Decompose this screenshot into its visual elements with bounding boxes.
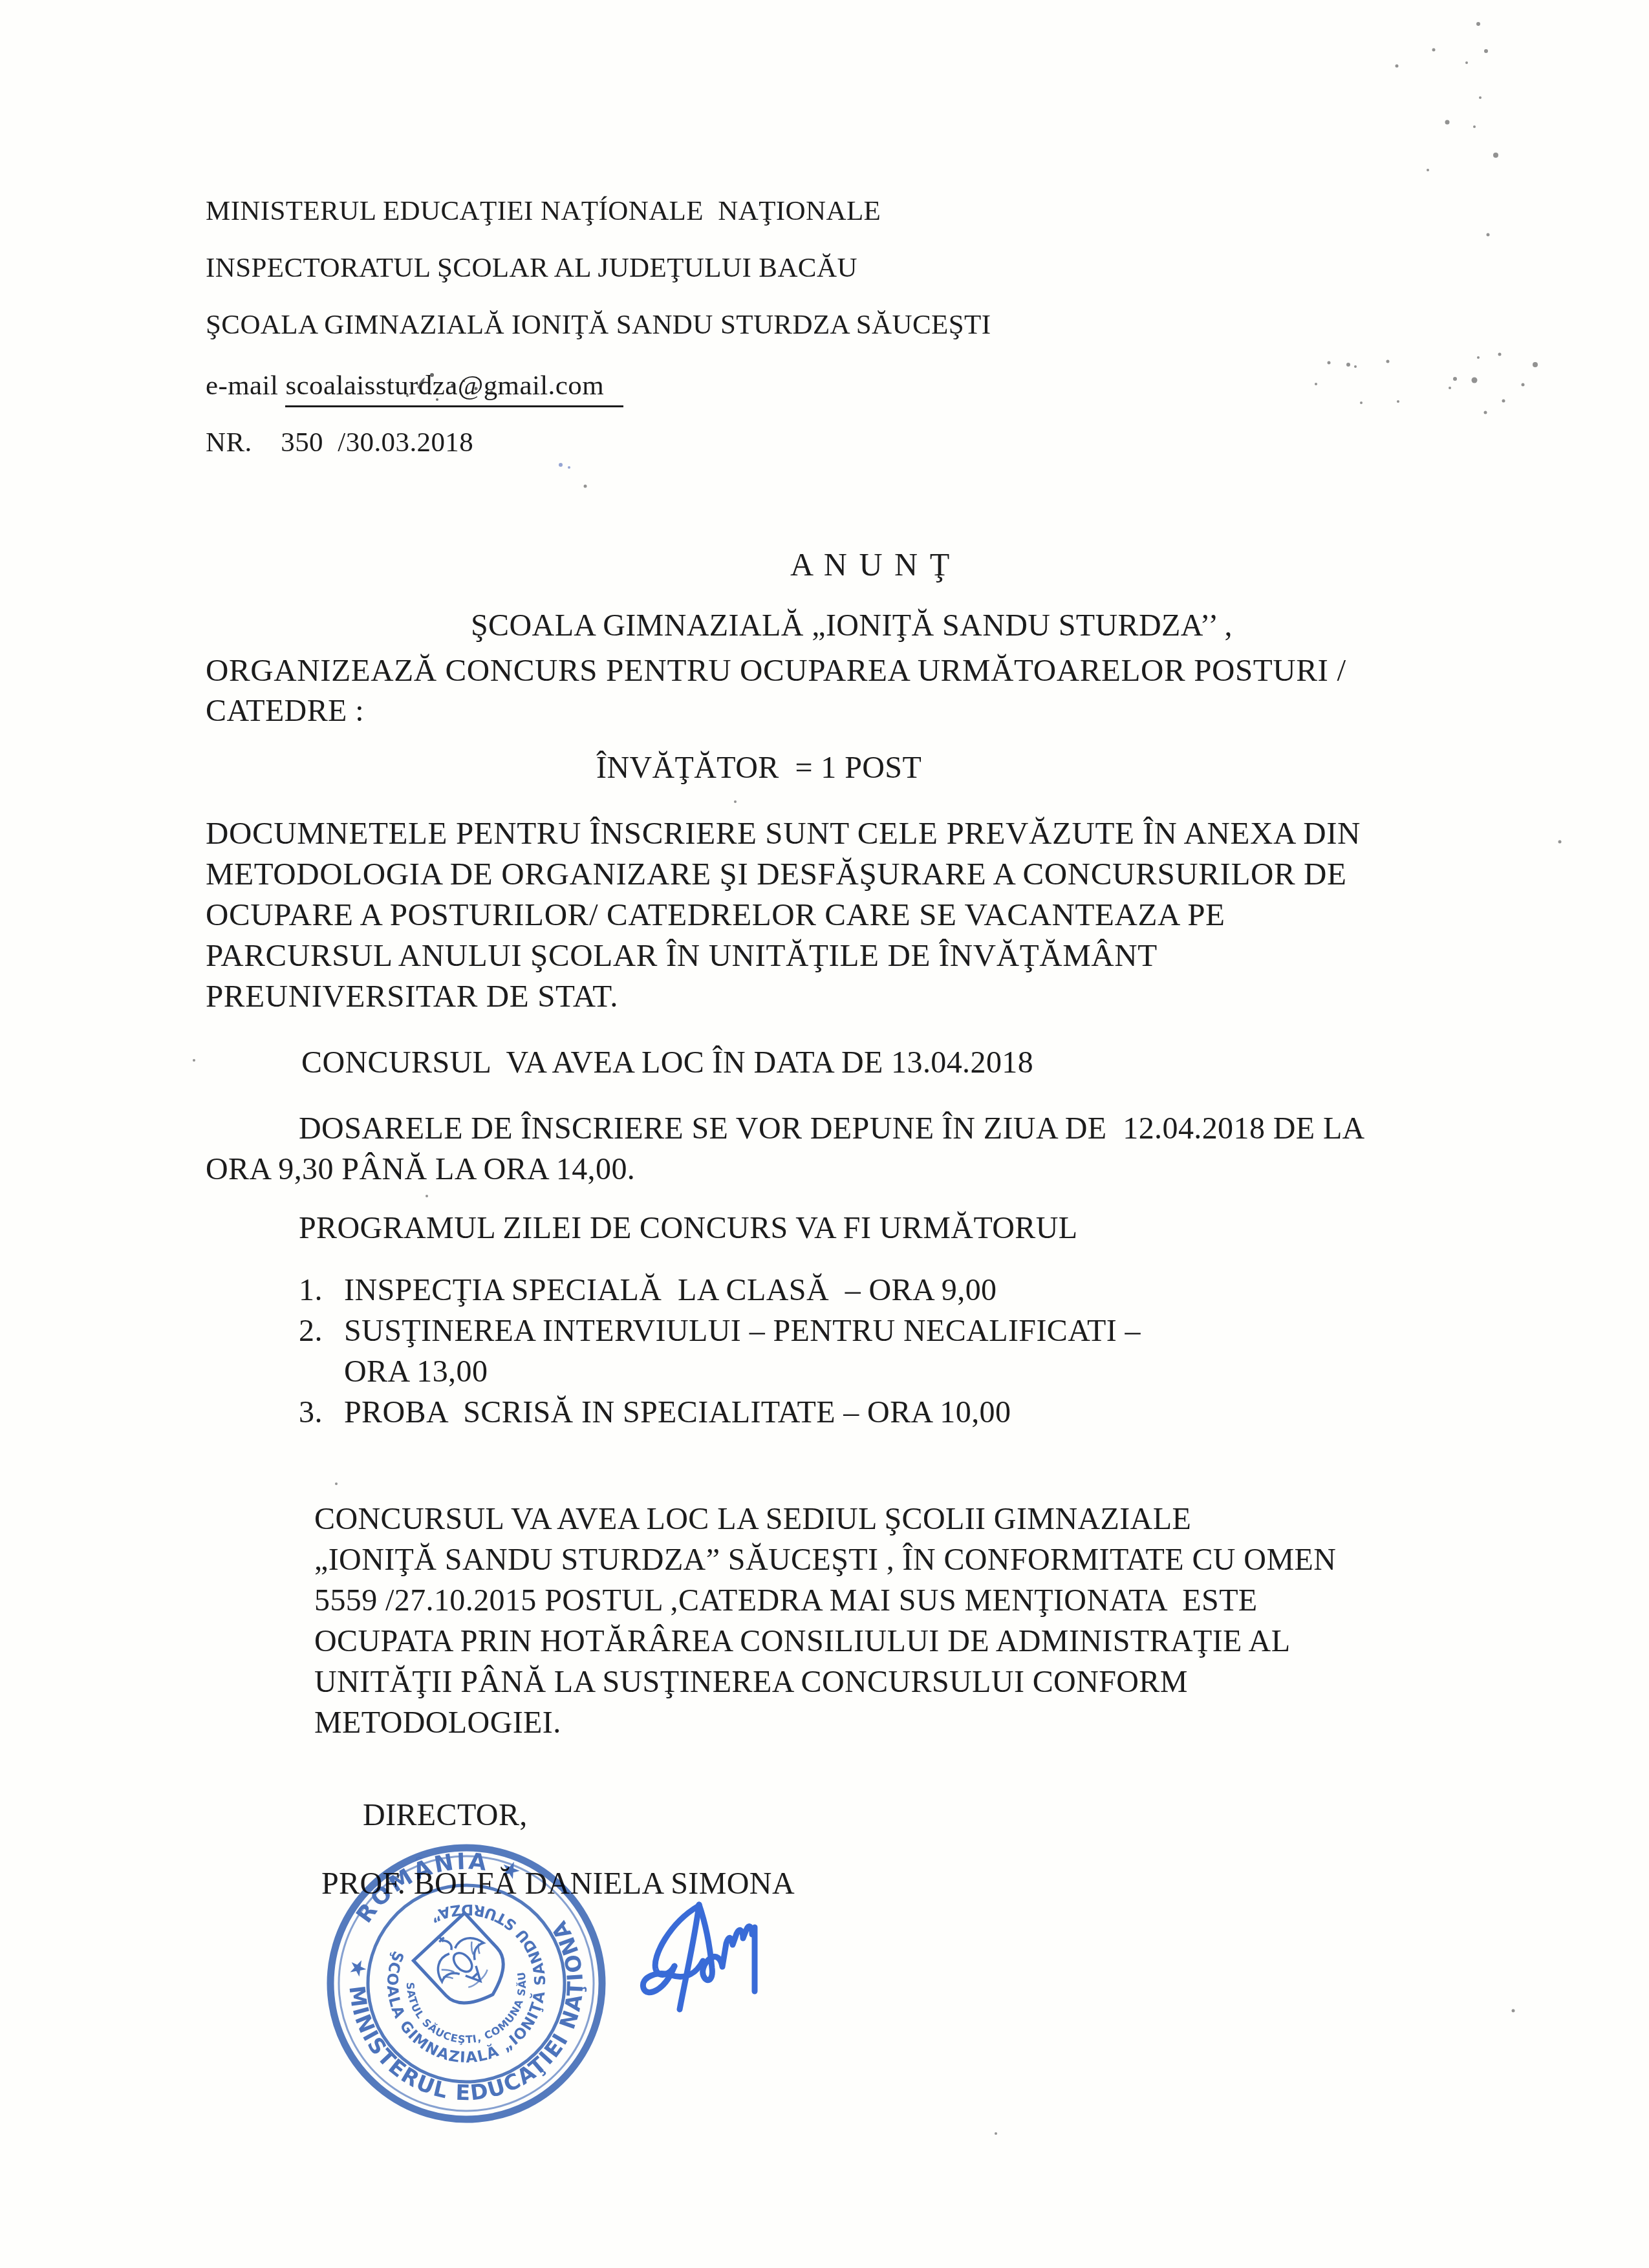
venue-paragraph-line: „IONIŢĂ SANDU STURDZA” SĂUCEŞTI , ÎN CON… (314, 1545, 1336, 1576)
letterhead-ministry-line: MINISTERUL EDUCAŢIEI NAŢÍONALE NAŢIONALE (206, 197, 881, 225)
letterhead-inspectorate-line: INSPECTORATUL ŞCOLAR AL JUDEŢULUI BACĂU (206, 254, 857, 282)
schedule-item-number: 2. (299, 1316, 344, 1347)
email-label: e-mail (206, 370, 285, 401)
scanned-announcement-document: MINISTERUL EDUCAŢIEI NAŢÍONALE NAŢIONALE… (0, 0, 1649, 2268)
schedule-item-text: INSPECŢIA SPECIALĂ LA CLASĂ – ORA 9,00 (344, 1273, 997, 1307)
documents-paragraph-line: PREUNIVERSITAR DE STAT. (206, 980, 618, 1012)
venue-paragraph-line: UNITĂŢII PÂNĂ LA SUSŢINEREA CONCURSULUI … (314, 1667, 1188, 1698)
schedule-item: 3.PROBA SCRISĂ IN SPECIALITATE – ORA 10,… (299, 1397, 1011, 1428)
letterhead-school-line: ŞCOALA GIMNAZIALĂ IONIŢĂ SANDU STURDZA S… (206, 311, 991, 339)
documents-paragraph-line: OCUPARE A POSTURILOR/ CATEDRELOR CARE SE… (206, 899, 1225, 930)
official-round-stamp: ROMÂNIA ★ ★ MINISTERUL EDUCAŢIEI NAŢIONA… (308, 1825, 625, 2142)
intro-line-2: ORGANIZEAZĂ CONCURS PENTRU OCUPAREA URMĂ… (206, 654, 1346, 686)
position-line: ÎNVĂŢĂTOR = 1 POST (596, 753, 921, 784)
schedule-item: 2.SUSŢINEREA INTERVIULUI – PENTRU NECALI… (299, 1316, 1141, 1347)
contest-date-line: CONCURSUL VA AVEA LOC ÎN DATA DE 13.04.2… (301, 1047, 1033, 1078)
venue-paragraph-line: CONCURSUL VA AVEA LOC LA SEDIUL ŞCOLII G… (314, 1504, 1191, 1535)
letterhead-email-line: e-mail scoalaissturdza@gmail.com (206, 372, 623, 400)
schedule-item-number: 1. (299, 1275, 344, 1306)
documents-paragraph-line: METODOLOGIA DE ORGANIZARE ŞI DESFĂŞURARE… (206, 858, 1347, 890)
email-address: scoalaissturdza@gmail.com (285, 370, 623, 407)
handwritten-signature (601, 1894, 834, 2101)
schedule-item-text: PROBA SCRISĂ IN SPECIALITATE – ORA 10,00 (344, 1395, 1011, 1429)
documents-paragraph-line: DOCUMNETELE PENTRU ÎNSCRIERE SUNT CELE P… (206, 817, 1361, 849)
venue-paragraph-line: METODOLOGIEI. (314, 1707, 561, 1738)
documents-paragraph-line: PARCURSUL ANULUI ŞCOLAR ÎN UNITĂŢILE DE … (206, 939, 1158, 971)
venue-paragraph-line: OCUPATA PRIN HOTĂRÂREA CONSILIULUI DE AD… (314, 1626, 1290, 1657)
svg-text:ŞCOALA GIMNAZIALĂ „IONIŢĂ SAND: ŞCOALA GIMNAZIALĂ „IONIŢĂ SANDU STURDZA” (376, 1894, 556, 2073)
schedule-item-text: ORA 13,00 (344, 1354, 488, 1389)
schedule-item-text: SUSŢINEREA INTERVIULUI – PENTRU NECALIFI… (344, 1314, 1141, 1348)
submission-line-2: ORA 9,30 PÂNĂ LA ORA 14,00. (206, 1154, 635, 1185)
document-title: A N U N Ţ (790, 548, 951, 581)
intro-line-3: CATEDRE : (206, 696, 364, 727)
schedule-item: 1.INSPECŢIA SPECIALĂ LA CLASĂ – ORA 9,00 (299, 1275, 997, 1306)
venue-paragraph-line: 5559 /27.10.2015 POSTUL ,CATEDRA MAI SUS… (314, 1585, 1258, 1616)
schedule-item-continuation: ORA 13,00 (299, 1356, 488, 1387)
signature-role: DIRECTOR, (363, 1800, 528, 1831)
stamp-coat-of-arms (413, 1913, 518, 2018)
schedule-heading: PROGRAMUL ZILEI DE CONCURS VA FI URMĂTOR… (299, 1213, 1078, 1244)
schedule-item-number: 3. (299, 1397, 344, 1428)
intro-line-1: ŞCOALA GIMNAZIALĂ „IONIŢĂ SANDU STURDZA’… (471, 610, 1233, 641)
registration-number-line: NR. 350 /30.03.2018 (206, 429, 473, 456)
stamp-school-text: ŞCOALA GIMNAZIALĂ „IONIŢĂ SANDU STURDZA” (376, 1894, 556, 2073)
submission-line-1: DOSARELE DE ÎNSCRIERE SE VOR DEPUNE ÎN Z… (299, 1113, 1365, 1144)
